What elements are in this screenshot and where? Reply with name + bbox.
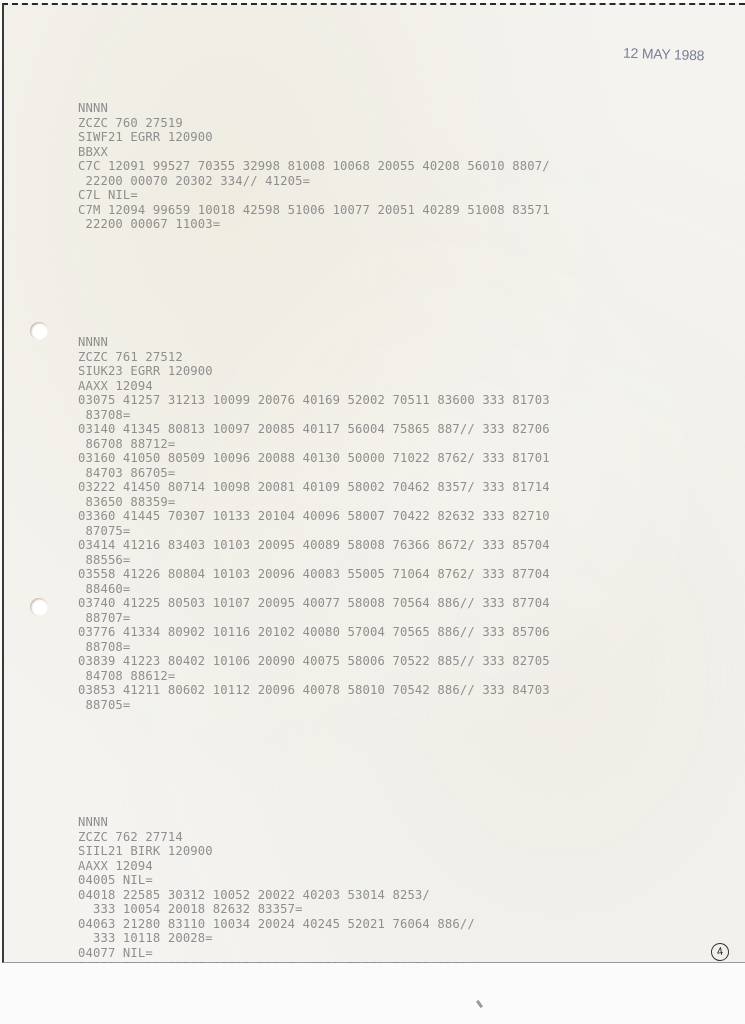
bulletin-line: 03740 41225 80503 10107 20095 40077 5800… bbox=[78, 596, 550, 611]
bulletin-line: 04005 NIL= bbox=[78, 873, 475, 888]
bulletin-line: C7L NIL= bbox=[78, 188, 550, 203]
bulletin-line: 84708 88612= bbox=[78, 669, 550, 684]
bulletin-line: ZCZC 761 27512 bbox=[78, 350, 550, 365]
bulletin-line: SIIL21 BIRK 120900 bbox=[78, 844, 475, 859]
bulletin-line: 333 10118 20028= bbox=[78, 931, 475, 946]
bulletin-line: 03140 41345 80813 10097 20085 40117 5600… bbox=[78, 422, 550, 437]
bulletin-line: BBXX bbox=[78, 145, 550, 160]
bulletin-line: 04077 NIL= bbox=[78, 946, 475, 961]
bulletin-line: 86708 88712= bbox=[78, 437, 550, 452]
punch-hole bbox=[30, 598, 48, 616]
bulletin-line: 87075= bbox=[78, 524, 550, 539]
bulletin-line: NNNN bbox=[78, 335, 550, 350]
bulletin-line: C7C 12091 99527 70355 32998 81008 10068 … bbox=[78, 159, 550, 174]
bulletin-line: 88556= bbox=[78, 553, 550, 568]
punch-hole bbox=[30, 322, 48, 340]
bulletin-line: 04018 22585 30312 10052 20022 40203 5301… bbox=[78, 888, 475, 903]
bulletin-line: 22200 00067 11003= bbox=[78, 217, 550, 232]
bulletin-line: 03776 41334 80902 10116 20102 40080 5700… bbox=[78, 625, 550, 640]
bulletin-line: 03360 41445 70307 10133 20104 40096 5800… bbox=[78, 509, 550, 524]
bulletin-line: SIUK23 EGRR 120900 bbox=[78, 364, 550, 379]
bulletin-line: 03075 41257 31213 10099 20076 40169 5200… bbox=[78, 393, 550, 408]
scanner-bed bbox=[0, 963, 745, 1024]
bulletin-line: ZCZC 760 27519 bbox=[78, 116, 550, 131]
bulletin-line: 03222 41450 80714 10098 20081 40109 5800… bbox=[78, 480, 550, 495]
bulletin-line: 04063 21280 83110 10034 20024 40245 5202… bbox=[78, 917, 475, 932]
bulletin-line: SIWF21 EGRR 120900 bbox=[78, 130, 550, 145]
bulletin-line: 83650 88359= bbox=[78, 495, 550, 510]
bulletin-line: 88707= bbox=[78, 611, 550, 626]
bulletin-line: NNNN bbox=[78, 101, 550, 116]
date-stamp: 12 MAY 1988 bbox=[623, 45, 705, 64]
bulletin-760: NNNNZCZC 760 27519SIWF21 EGRR 120900BBXX… bbox=[78, 101, 550, 232]
bulletin-line: 88460= bbox=[78, 582, 550, 597]
bulletin-line: 88708= bbox=[78, 640, 550, 655]
bulletin-line: AAXX 12094 bbox=[78, 379, 550, 394]
bulletin-line: 88705= bbox=[78, 698, 550, 713]
bulletin-line: 03853 41211 80602 10112 20096 40078 5801… bbox=[78, 683, 550, 698]
bulletin-762: NNNNZCZC 762 27714SIIL21 BIRK 120900AAXX… bbox=[78, 815, 475, 975]
bulletin-line: 333 10054 20018 82632 83357= bbox=[78, 902, 475, 917]
bulletin-line: 22200 00070 20302 334// 41205= bbox=[78, 174, 550, 189]
bulletin-line: 83708= bbox=[78, 408, 550, 423]
bulletin-line: NNNN bbox=[78, 815, 475, 830]
bulletin-761: NNNNZCZC 761 27512SIUK23 EGRR 120900AAXX… bbox=[78, 335, 550, 712]
bulletin-line: 03414 41216 83403 10103 20095 40089 5800… bbox=[78, 538, 550, 553]
paper-sheet: 12 MAY 1988 NNNNZCZC 760 27519SIWF21 EGR… bbox=[2, 3, 745, 963]
bulletin-line: C7M 12094 99659 10018 42598 51006 10077 … bbox=[78, 203, 550, 218]
page-number-mark: 4 bbox=[710, 942, 730, 962]
bulletin-line: ZCZC 762 27714 bbox=[78, 830, 475, 845]
bulletin-line: 03558 41226 80804 10103 20096 40083 5500… bbox=[78, 567, 550, 582]
bulletin-line: 03160 41050 80509 10096 20088 40130 5000… bbox=[78, 451, 550, 466]
bulletin-line: 03839 41223 80402 10106 20090 40075 5800… bbox=[78, 654, 550, 669]
bulletin-line: AAXX 12094 bbox=[78, 859, 475, 874]
bulletin-line: 84703 86705= bbox=[78, 466, 550, 481]
